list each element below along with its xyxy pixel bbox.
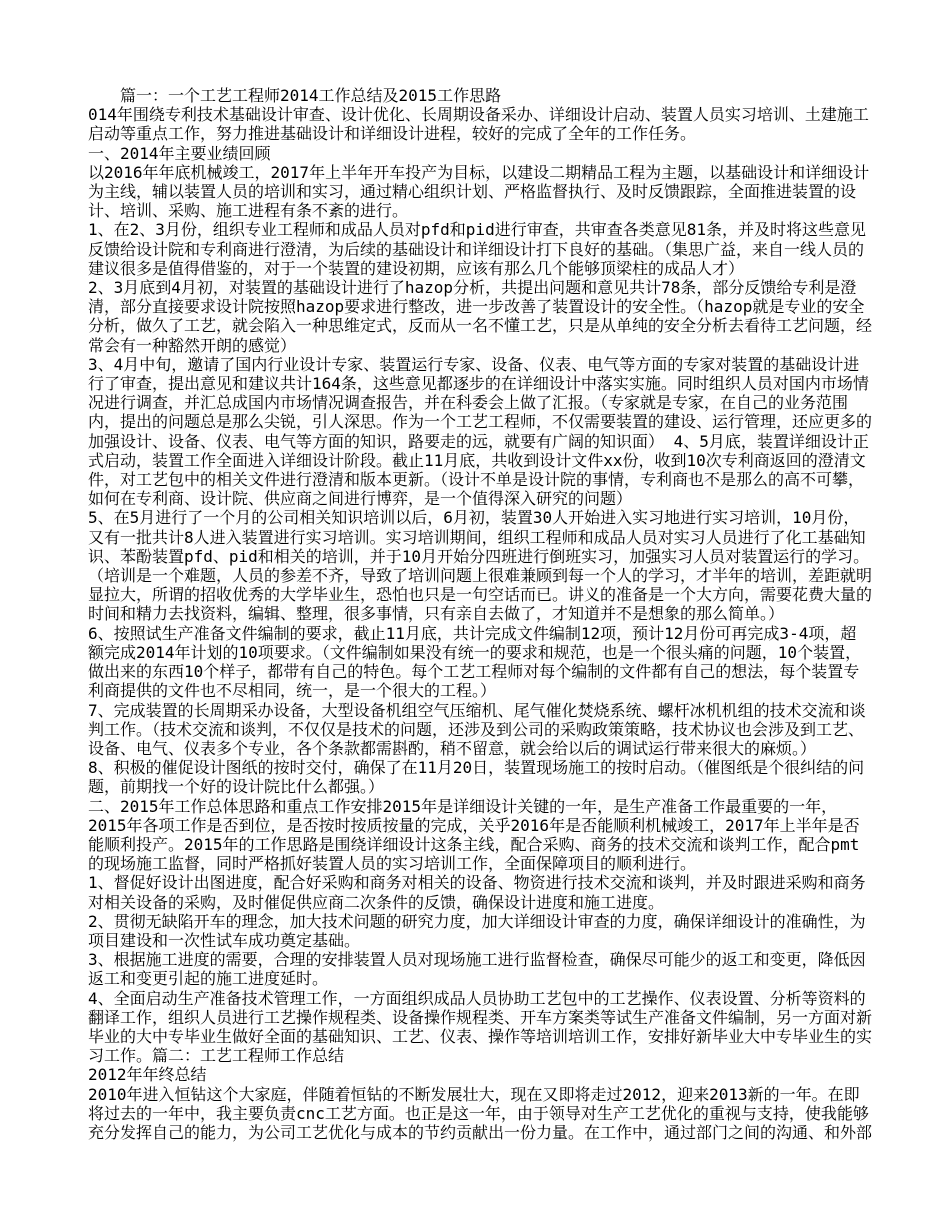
paragraph: 6、按照试生产准备文件编制的要求，截止11月底，共计完成文件编制12项，预计12…: [88, 624, 872, 701]
paragraph: 7、完成装置的长周期采办设备，大型设备机组空气压缩机、尾气催化焚烧系统、螺杆冰机…: [88, 701, 872, 759]
paragraph: 3、4月中旬，邀请了国内行业设计专家、装置运行专家、设备、仪表、电气等方面的专家…: [88, 355, 872, 509]
paragraph: 2、3月底到4月初，对装置的基础设计进行了hazop分析，共提出问题和意见共计7…: [88, 278, 872, 355]
paragraph: 1、在2、3月份，组织专业工程师和成品人员对pfd和pid进行审查，共审查各类意…: [88, 220, 872, 278]
paragraph: 5、在5月进行了一个月的公司相关知识培训以后，6月初，装置30人开始进入实习地进…: [88, 508, 872, 623]
document-body: 篇一：一个工艺工程师2014工作总结及2015工作思路014年围绕专利技术基础设…: [88, 86, 872, 1142]
paragraph: 以2016年年底机械竣工，2017年上半年开车投产为目标，以建设二期精品工程为主…: [88, 163, 872, 221]
paragraph: 4、全面启动生产准备技术管理工作，一方面组织成品人员协助工艺包中的工艺操作、仪表…: [88, 989, 872, 1066]
paragraph: 一、2014年主要业绩回顾: [88, 144, 872, 163]
paragraph: 篇一：一个工艺工程师2014工作总结及2015工作思路: [88, 86, 872, 105]
paragraph: 8、积极的催促设计图纸的按时交付，确保了在11月20日，装置现场施工的按时启动。…: [88, 758, 872, 796]
paragraph: 3、根据施工进度的需要，合理的安排装置人员对现场施工进行监督检查，确保尽可能少的…: [88, 950, 872, 988]
paragraph: 2012年年终总结: [88, 1065, 872, 1084]
paragraph: 2、贯彻无缺陷开车的理念，加大技术问题的研究力度，加大详细设计审查的力度，确保详…: [88, 912, 872, 950]
paragraph: 014年围绕专利技术基础设计审查、设计优化、长周期设备采办、详细设计启动、装置人…: [88, 105, 872, 143]
paragraph: 2010年进入恒钻这个大家庭，伴随着恒钻的不断发展壮大，现在又即将走过2012，…: [88, 1085, 872, 1143]
document-page: 篇一：一个工艺工程师2014工作总结及2015工作思路014年围绕专利技术基础设…: [0, 0, 950, 1230]
paragraph: 二、2015年工作总体思路和重点工作安排2015年是详细设计关键的一年，是生产准…: [88, 797, 872, 874]
paragraph: 1、督促好设计出图进度，配合好采购和商务对相关的设备、物资进行技术交流和谈判，并…: [88, 873, 872, 911]
